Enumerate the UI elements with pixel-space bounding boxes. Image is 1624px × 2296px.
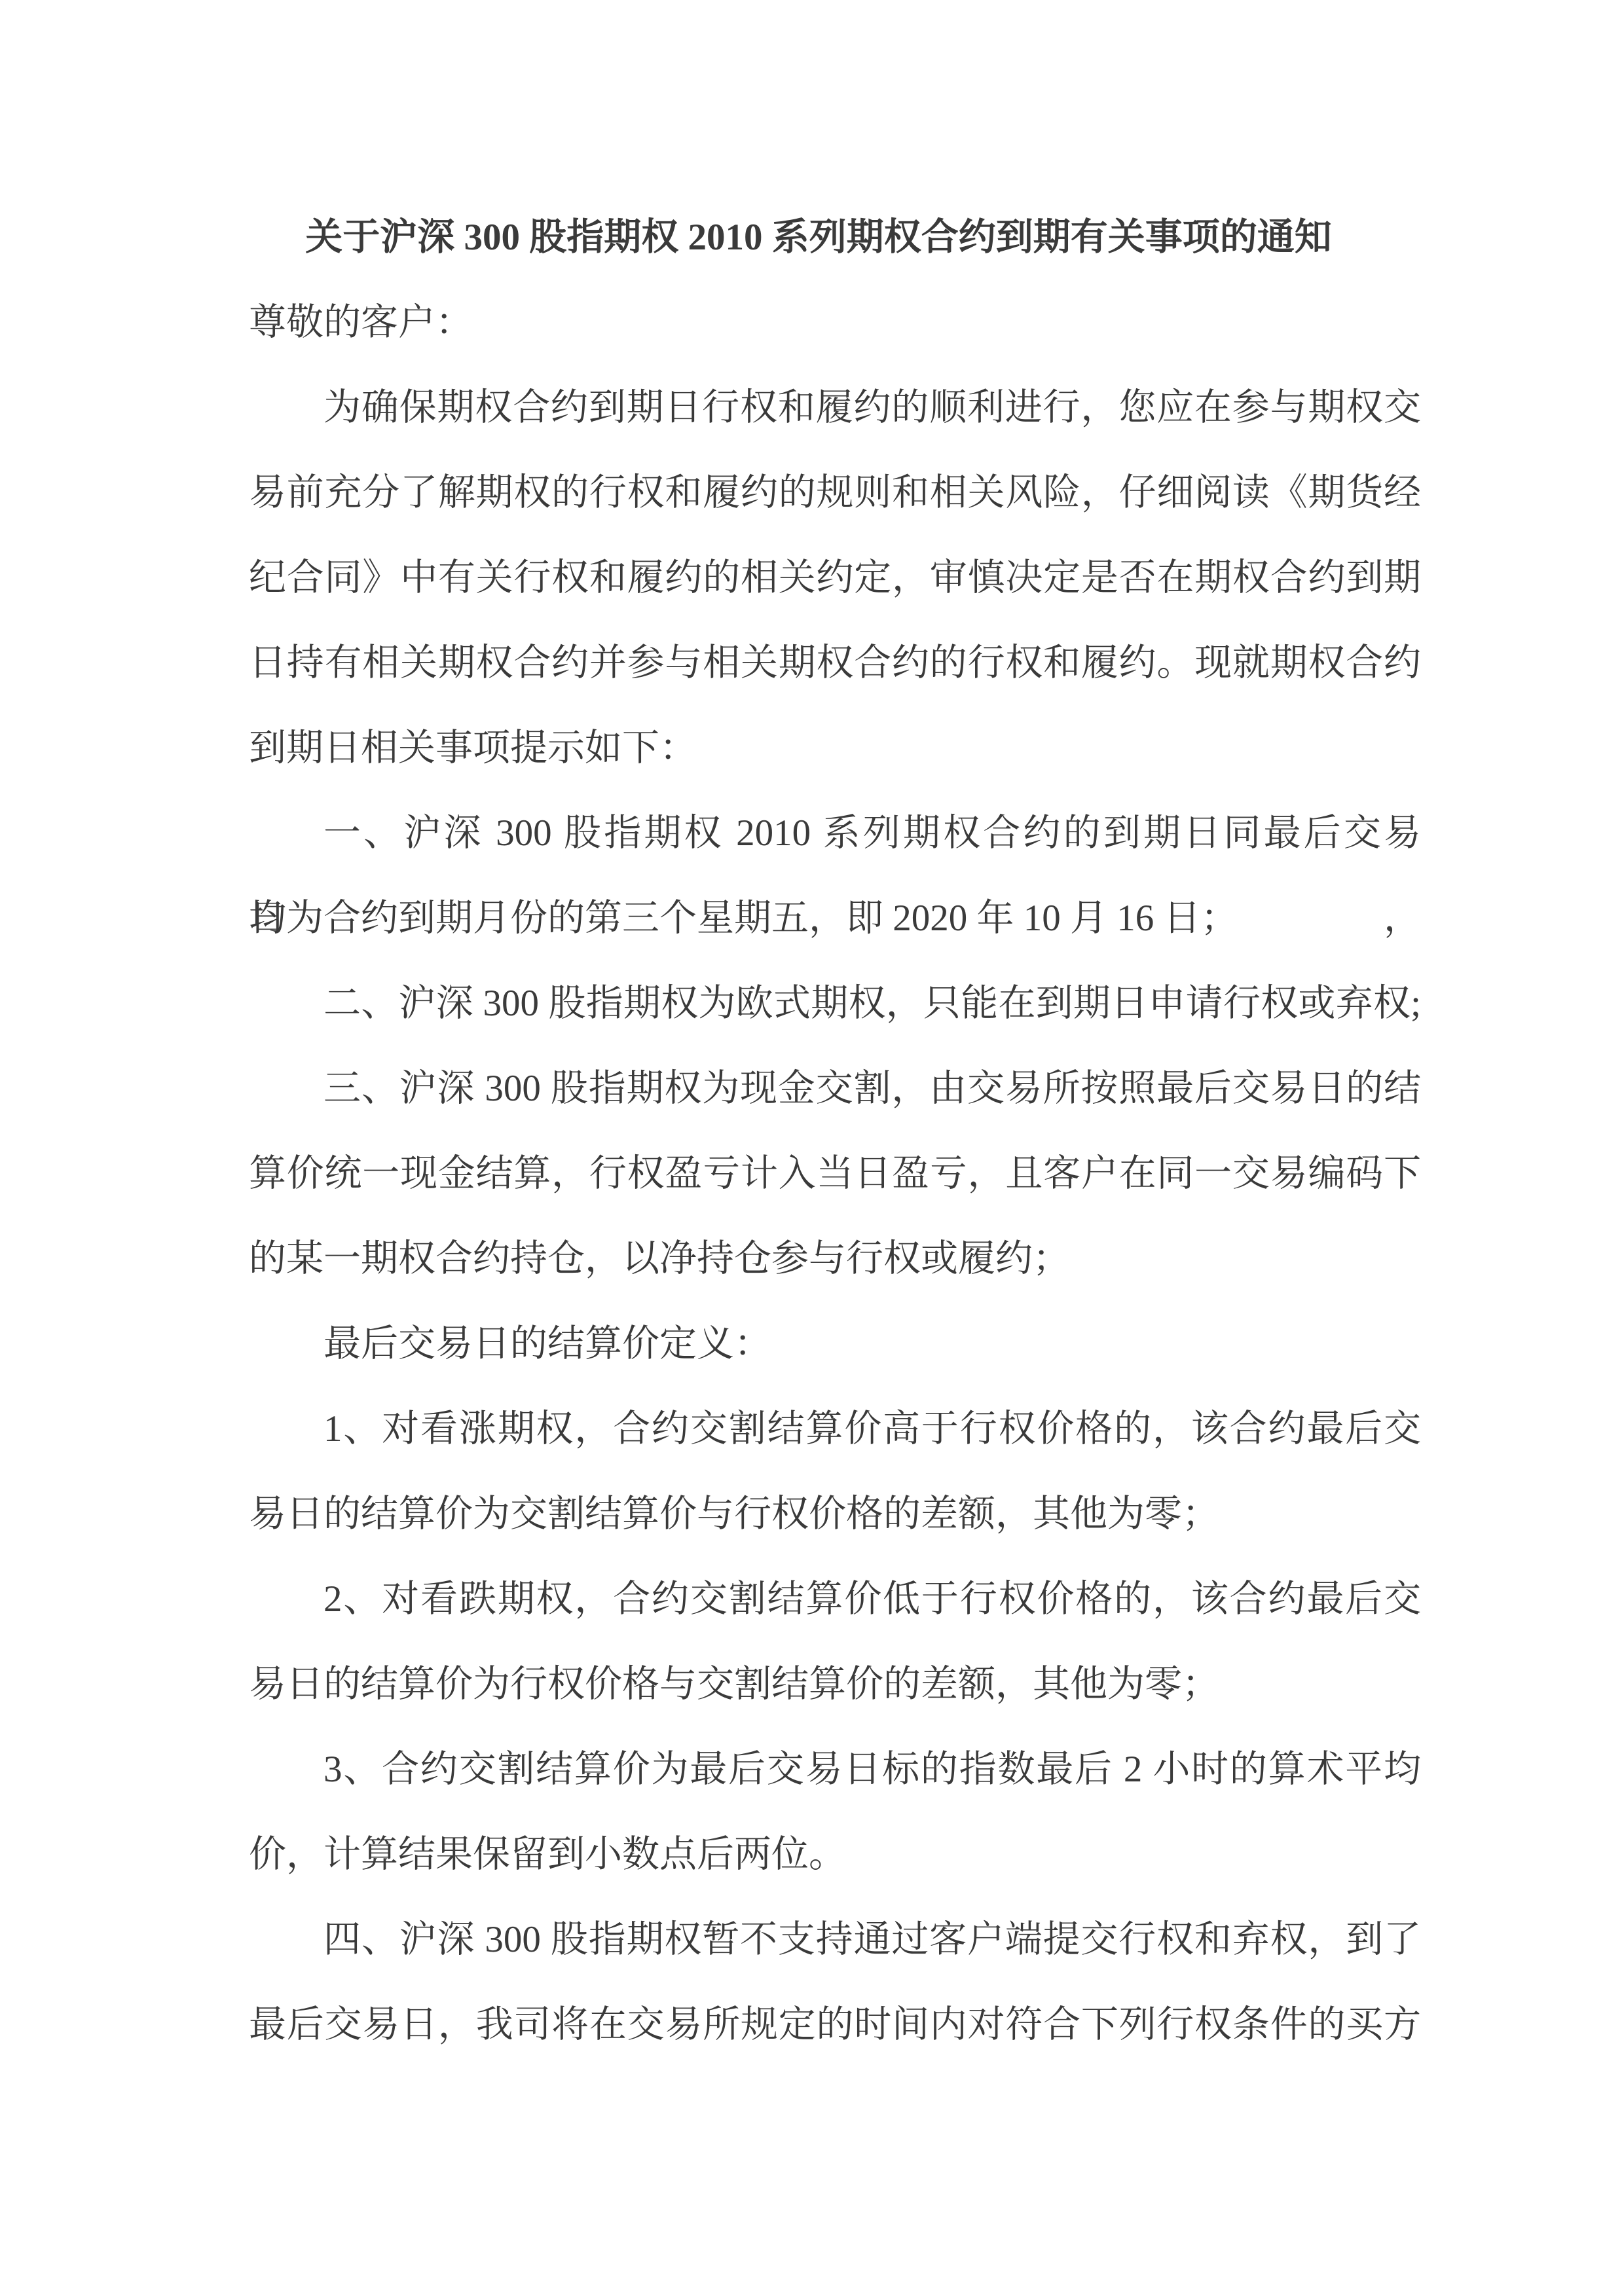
paragraph-line: 三、沪深 300 股指期权为现金交割，由交易所按照最后交易日的结 (249, 1046, 1421, 1131)
paragraph-line: 易前充分了解期权的行权和履约的规则和相关风险，仔细阅读《期货经 (249, 450, 1421, 536)
paragraph-line: 2、对看跌期权，合约交割结算价低于行权价格的，该合约最后交 (249, 1557, 1421, 1642)
paragraph-line: 易日的结算价为行权价格与交割结算价的差额，其他为零； (249, 1642, 1421, 1727)
notice-title: 关于沪深 300 股指期权 2010 系列期权合约到期有关事项的通知 (216, 195, 1421, 280)
paragraph-line: 到期日相关事项提示如下： (249, 706, 1421, 791)
paragraph-line: 最后交易日，我司将在交易所规定的时间内对符合下列行权条件的买方 (249, 1982, 1421, 2068)
salutation: 尊敬的客户： (249, 280, 1421, 365)
paragraph-line: 一、沪深 300 股指期权 2010 系列期权合约的到期日同最后交易日， (249, 791, 1421, 876)
paragraph-line: 纪合同》中有关行权和履约的相关约定，审慎决定是否在期权合约到期 (249, 536, 1421, 621)
paragraph-line: 易日的结算价为交割结算价与行权价格的差额，其他为零； (249, 1472, 1421, 1557)
document-body: 关于沪深 300 股指期权 2010 系列期权合约到期有关事项的通知 尊敬的客户… (249, 195, 1421, 2068)
paragraph-line: 价，计算结果保留到小数点后两位。 (249, 1812, 1421, 1897)
paragraph-line: 二、沪深 300 股指期权为欧式期权，只能在到期日申请行权或弃权; (249, 961, 1421, 1046)
document-page: 关于沪深 300 股指期权 2010 系列期权合约到期有关事项的通知 尊敬的客户… (0, 0, 1624, 2296)
paragraph-line: 为确保期权合约到期日行权和履约的顺利进行，您应在参与期权交 (249, 365, 1421, 450)
paragraph-line: 的某一期权合约持仓，以净持仓参与行权或履约； (249, 1216, 1421, 1302)
paragraph-line: 3、合约交割结算价为最后交易日标的指数最后 2 小时的算术平均 (249, 1727, 1421, 1812)
paragraph-line: 算价统一现金结算，行权盈亏计入当日盈亏，且客户在同一交易编码下 (249, 1131, 1421, 1216)
paragraph-line: 最后交易日的结算价定义： (249, 1302, 1421, 1387)
paragraph-line: 四、沪深 300 股指期权暂不支持通过客户端提交行权和弃权，到了 (249, 1897, 1421, 1982)
paragraph-line: 日持有相关期权合约并参与相关期权合约的行权和履约。现就期权合约 (249, 621, 1421, 706)
paragraph-line: 1、对看涨期权，合约交割结算价高于行权价格的，该合约最后交 (249, 1387, 1421, 1472)
